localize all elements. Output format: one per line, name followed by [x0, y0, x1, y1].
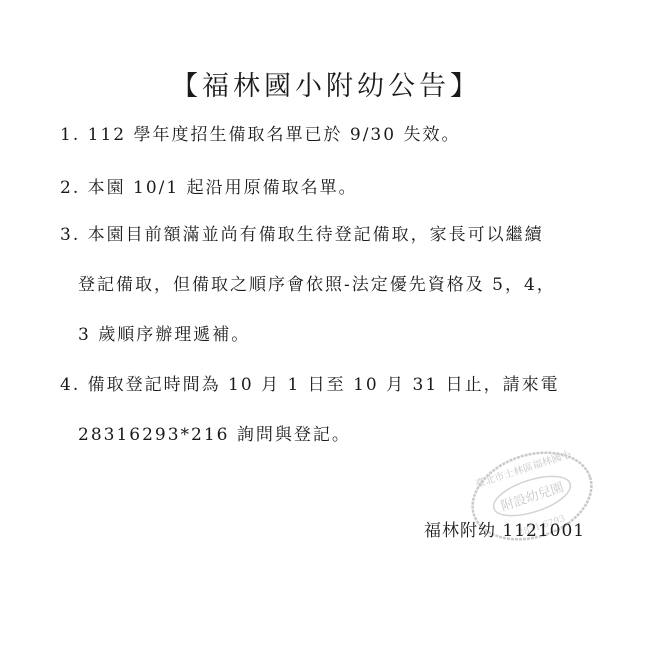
item-3-line-3: 3 歲順序辦理遞補。	[78, 320, 250, 345]
item-3-line-1: 3. 本園目前額滿並尚有備取生待登記備取，家長可以繼續	[60, 220, 544, 245]
item-4-line-2: 28316293*216 詢問與登記。	[78, 420, 351, 445]
item-1-line-1: 1. 112 學年度招生備取名單已於 9/30 失效。	[60, 120, 460, 145]
item-2-line-1: 2. 本園 10/1 起沿用原備取名單。	[60, 173, 358, 198]
announcement-title: 【福林國小附幼公告】	[0, 64, 652, 103]
item-3-line-2: 登記備取，但備取之順序會依照-法定優先資格及 5，4，	[78, 270, 556, 295]
item-4-line-1: 4. 備取登記時間為 10 月 1 日至 10 月 31 日止，請來電	[60, 370, 560, 395]
signature: 福林附幼 1121001	[424, 516, 585, 541]
stamp-inner-text: 附設幼兒園	[499, 479, 566, 514]
